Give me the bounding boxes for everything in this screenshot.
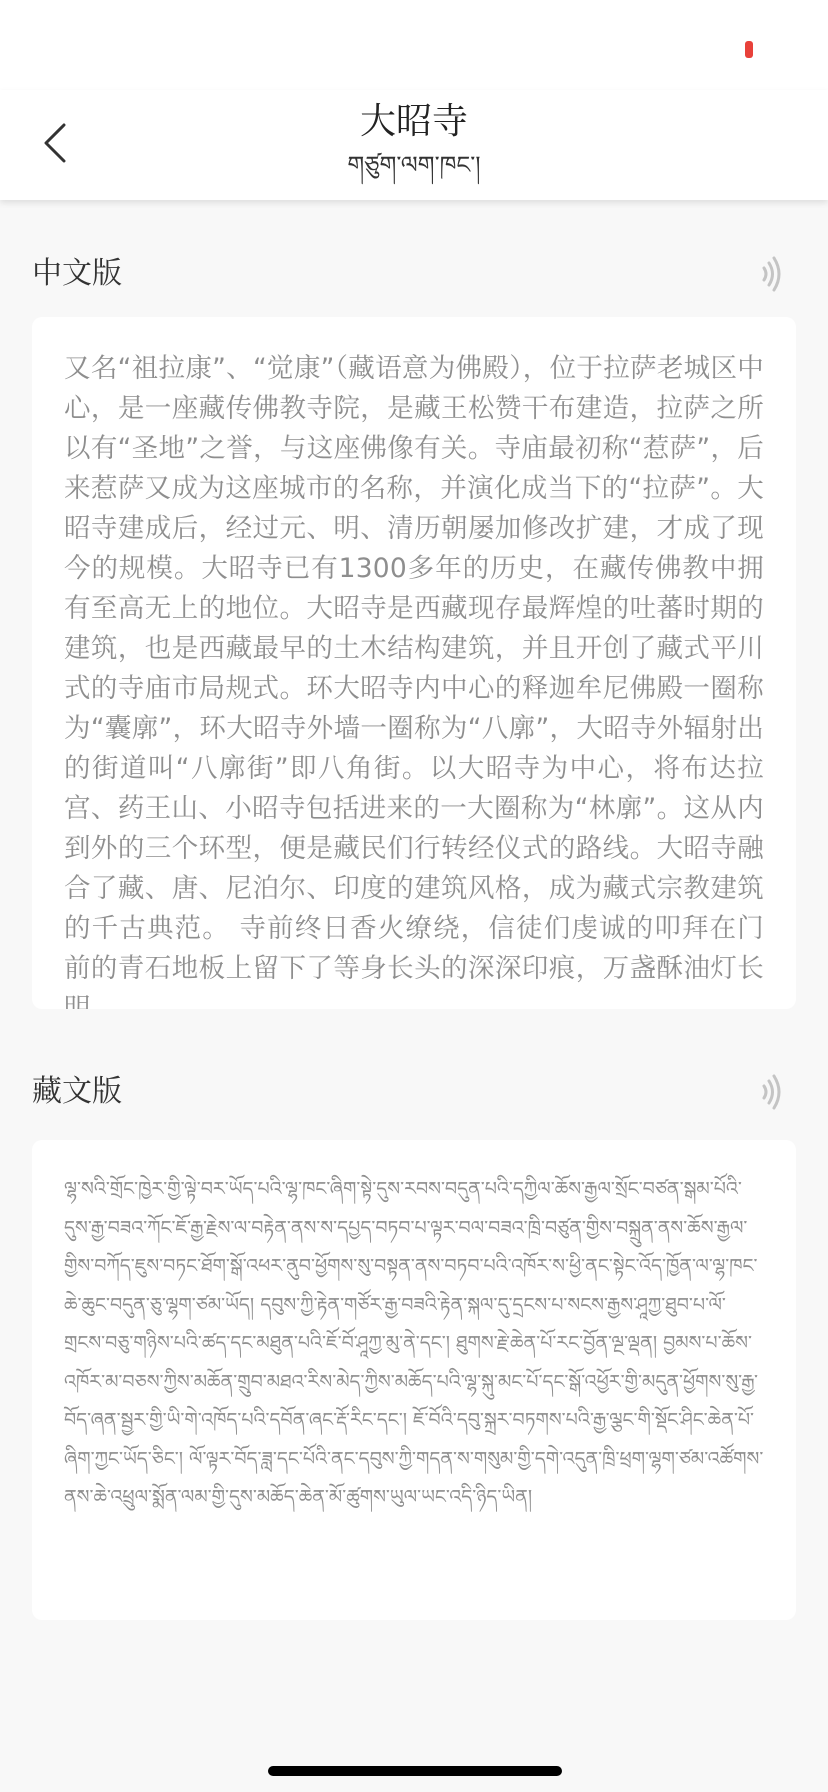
- section-header-chinese: 中文版: [32, 248, 796, 298]
- home-indicator[interactable]: [268, 1766, 562, 1776]
- recording-indicator: [745, 41, 753, 58]
- section-header-tibetan: 藏文版: [32, 1066, 796, 1116]
- page-title: 大昭寺: [0, 100, 828, 144]
- status-bar: [0, 0, 828, 90]
- speaker-wave-icon: [754, 1072, 790, 1112]
- section-title-chinese: 中文版: [32, 254, 122, 294]
- page-subtitle-tibetan: གཙུག་ལག་ཁང་།: [0, 148, 828, 182]
- navigation-bar: 大昭寺 གཙུག་ལག་ཁང་།: [0, 90, 828, 200]
- section-title-tibetan: 藏文版: [32, 1072, 122, 1112]
- speaker-wave-icon: [754, 254, 790, 294]
- play-audio-tibetan-button[interactable]: [754, 1072, 790, 1112]
- tibetan-text-card[interactable]: ལྷ་སའི་གྲོང་ཁྱེར་གྱི་ལྟེ་བར་ཡོད་པའི་ལྷ་ཁ…: [32, 1140, 796, 1620]
- chinese-description: 又名“祖拉康”、“觉康”（藏语意为佛殿），位于拉萨老城区中心，是一座藏传佛教寺院…: [32, 317, 796, 1009]
- chinese-text-card[interactable]: 又名“祖拉康”、“觉康”（藏语意为佛殿），位于拉萨老城区中心，是一座藏传佛教寺院…: [32, 317, 796, 1009]
- play-audio-chinese-button[interactable]: [754, 254, 790, 294]
- tibetan-description: ལྷ་སའི་གྲོང་ཁྱེར་གྱི་ལྟེ་བར་ཡོད་པའི་ལྷ་ཁ…: [32, 1140, 796, 1517]
